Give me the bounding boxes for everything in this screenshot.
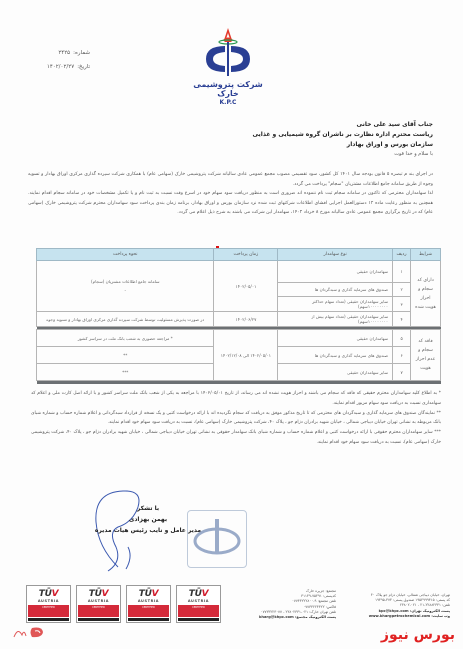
shareholder-type: سهامداران حقیقی [278, 330, 393, 347]
shareholder-type: صندوق های سرمایه گذاری و سبدگردان ها [278, 283, 393, 297]
number-value: ۲۴۲۵ [58, 50, 70, 56]
payment-time: ۱۴۰۲/۰۵/۰۱ [214, 261, 278, 312]
tuv-badge: TŪV AUSTRIA CERTIFIED [26, 585, 71, 623]
addressee-title: ریاست محترم اداره نظارت بر ناشران گروه ش… [33, 130, 433, 140]
watermark: بورس نیوز [381, 627, 455, 643]
badge-country: AUSTRIA [138, 599, 159, 603]
payment-method: *** [37, 364, 214, 381]
certification-badges: TŪV AUSTRIA CERTIFIED TŪV AUSTRIA CERTIF… [26, 585, 221, 623]
row-num: ۲ [393, 283, 411, 297]
condition-cell: فاقد کد سجام و عدم احراز هویت [411, 330, 441, 381]
header-row-num: ردیف [393, 249, 411, 261]
table-header-row: شرایط ردیف نوع سهامدار زمان پرداخت نحوه … [37, 249, 441, 261]
payment-method-note: - [41, 288, 209, 293]
greeting: با سلام و خدا قوت [33, 150, 433, 159]
paragraph-1: در اجرای بند م تبصره ۵ قانون بودجه سال ۱… [28, 170, 433, 189]
kpc-logo-icon [203, 26, 253, 82]
badge-label: CERTIFIED [28, 605, 69, 617]
row-num: ۴ [393, 312, 411, 327]
badge-label: CERTIFIED [178, 605, 219, 617]
payment-time: ۱۴۰۲/۰۵/۰۱ الی ۱۴۰۲/۱۲/۰۸ [214, 330, 278, 381]
kharg-email-link[interactable]: پست الکترونیک مجتمع: kharg@khpc.com [236, 615, 336, 620]
row-num: ۷ [393, 364, 411, 381]
header-payment-time: زمان پرداخت [214, 249, 278, 261]
shareholder-type: سایر سهامداران حقیقی (تعداد سهام بیش از … [278, 312, 393, 327]
tuv-badge: TŪV AUSTRIA CERTIFIED [126, 585, 171, 623]
header-condition: شرایط [411, 249, 441, 261]
row-num: ۶ [393, 347, 411, 364]
payment-time: ۱۴۰۲/۰۶/۲۷ [214, 312, 278, 327]
badge-country: AUSTRIA [88, 599, 109, 603]
table-row: دارای کد سجام و احراز هویت شده ۱ سهامدار… [37, 261, 441, 283]
header-shareholder-type: نوع سهامدار [278, 249, 393, 261]
tuv-badge: TŪV AUSTRIA CERTIFIED [176, 585, 221, 623]
badge-country: AUSTRIA [188, 599, 209, 603]
payment-method-text: سامانه جامع اطلاعات مشتریان (سجام) [41, 279, 209, 284]
table-row: فاقد کد سجام و عدم احراز هویت ۵ سهامدارا… [37, 330, 441, 347]
badge-country: AUSTRIA [38, 599, 59, 603]
note-2: ** نمایندگان صندوق های سرمایه گذاری و سب… [31, 409, 441, 429]
row-num: ۳ [393, 297, 411, 312]
shareholder-type: صندوق های سرمایه گذاری و سبدگردان ها [278, 347, 393, 364]
letter-page: شماره: ۲۴۲۵ تاریخ: ۱۴۰۲/۰۲/۲۷ شرکت پتروش… [0, 0, 463, 649]
paragraph-2: لذا سهامداران محترمی که تاکنون در سامانه… [28, 189, 433, 218]
payment-method: سامانه جامع اطلاعات مشتریان (سجام) - [37, 261, 214, 312]
notes-block: * به اطلاع کلیه سهامداران محترم حقیقی که… [31, 389, 441, 448]
note-3: *** سایر سهامداران محترم حقوقی با ارائه … [31, 428, 441, 448]
company-logo: شرکت پتروشیمی خارک K.P.C [188, 26, 268, 106]
addressee-org: سازمان بورس و اوراق بهادار [33, 140, 433, 150]
payment-method: در صورت پذیرش مسئولیت توسط شرکت سپرده گذ… [37, 312, 214, 327]
website-link[interactable]: وب سایت: www.khargpetrochemical.com [338, 614, 450, 619]
tehran-contact: تهران، خیابان دیباجی شمالی، خیابان دزام … [338, 593, 450, 619]
company-name: شرکت پتروشیمی خارک [188, 80, 268, 98]
addressee-name: جناب آقای سید علی خانی [33, 120, 433, 130]
letter-meta: شماره: ۲۴۲۵ تاریخ: ۱۴۰۲/۰۲/۲۷ [30, 50, 90, 78]
tuv-logo-icon: TŪV [139, 589, 159, 599]
date-value: ۱۴۰۲/۰۲/۲۷ [47, 64, 74, 70]
addressee-block: جناب آقای سید علی خانی ریاست محترم اداره… [33, 120, 433, 159]
note-1: * به اطلاع کلیه سهامداران محترم حقیقی که… [31, 389, 441, 409]
badge-label: CERTIFIED [128, 605, 169, 617]
shareholder-type: سهامداران حقیقی [278, 261, 393, 283]
condition-cell: دارای کد سجام و احراز هویت شده [411, 261, 441, 327]
number-label: شماره: [73, 50, 90, 56]
company-stamp-icon [187, 510, 247, 568]
letter-body: در اجرای بند م تبصره ۵ قانون بودجه سال ۱… [28, 170, 433, 218]
table-row: ۴ سایر سهامداران حقیقی (تعداد سهام بیش ا… [37, 312, 441, 327]
payment-method: * مراجعه حضوری به شعب بانک ملت در سراسر … [37, 330, 214, 347]
shareholder-type: سایر سهامداران حقیقی (تعداد سهام حداکثر … [278, 297, 393, 312]
payment-method: ** [37, 347, 214, 364]
tuv-logo-icon: TŪV [39, 589, 59, 599]
payment-schedule-table: شرایط ردیف نوع سهامدار زمان پرداخت نحوه … [36, 248, 441, 384]
kharg-contact: مجتمع: جزیره خارک کدپستی: ۷۵۴۹۱-۳۱۱۳۹ تل… [236, 589, 336, 620]
tuv-logo-icon: TŪV [89, 589, 109, 599]
row-num: ۱ [393, 261, 411, 283]
news-brand-mark-icon [12, 625, 46, 639]
shareholder-type: سایر سهامداران حقیقی [278, 364, 393, 381]
company-abbr: K.P.C [188, 99, 268, 106]
table-divider [37, 381, 441, 384]
badge-label: CERTIFIED [78, 605, 119, 617]
date-label: تاریخ: [77, 64, 90, 70]
tuv-badge: TŪV AUSTRIA CERTIFIED [76, 585, 121, 623]
header-payment-method: نحوه پرداخت [37, 249, 214, 261]
tuv-logo-icon: TŪV [189, 589, 209, 599]
row-num: ۵ [393, 330, 411, 347]
